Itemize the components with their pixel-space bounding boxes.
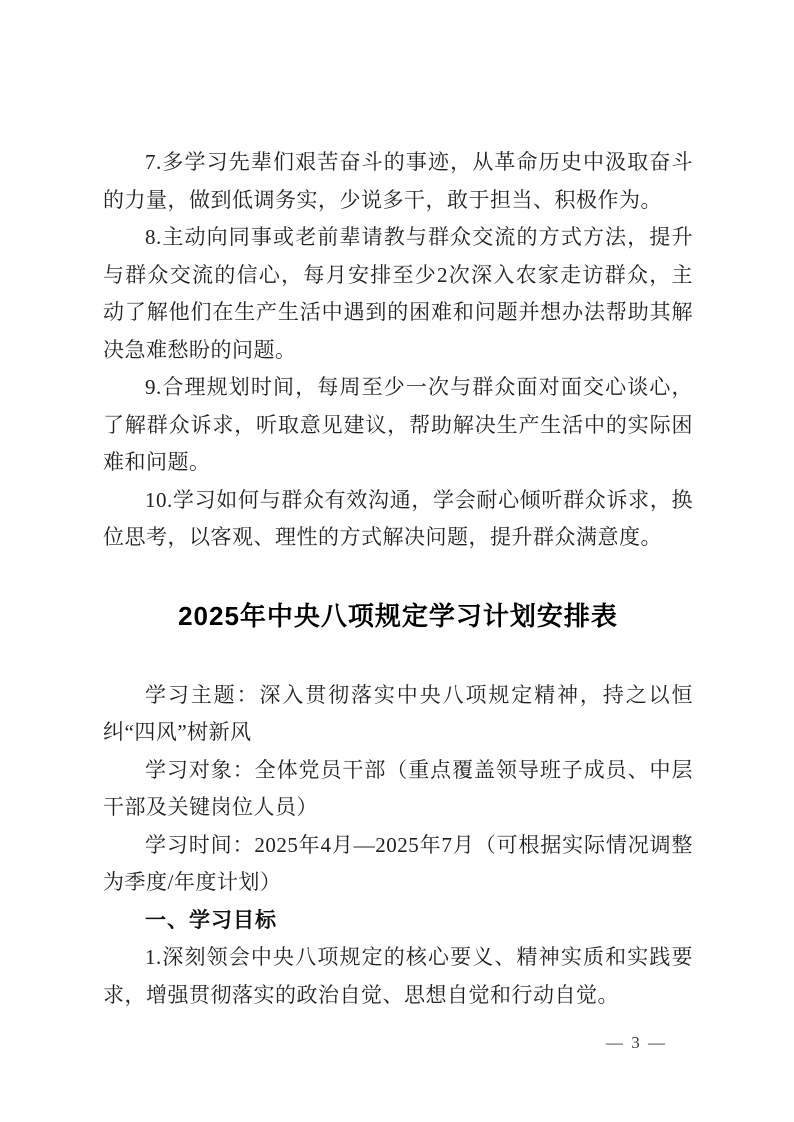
document-page: 7.多学习先辈们艰苦奋斗的事迹，从革命历史中汲取奋斗的力量，做到低调务实，少说多… [0,0,794,1122]
study-time-line: 学习时间：2025年4月—2025年7月（可根据实际情况调整为季度/年度计划） [103,827,693,902]
paragraph-item-7: 7.多学习先辈们艰苦奋斗的事迹，从革命历史中汲取奋斗的力量，做到低调务实，少说多… [103,144,693,219]
section-title: 2025年中央八项规定学习计划安排表 [103,596,693,636]
heading-study-goals: 一、学习目标 [103,902,693,940]
paragraph-item-10: 10.学习如何与群众有效沟通，学会耐心倾听群众诉求，换位思考，以客观、理性的方式… [103,482,693,557]
page-number: — 3 — [606,1031,667,1055]
paragraph-item-9: 9.合理规划时间，每周至少一次与群众面对面交心谈心，了解群众诉求，听取意见建议，… [103,369,693,482]
study-theme-line: 学习主题：深入贯彻落实中央八项规定精神，持之以恒纠“四风”树新风 [103,677,693,752]
study-audience-line: 学习对象：全体党员干部（重点覆盖领导班子成员、中层干部及关键岗位人员） [103,752,693,827]
page-content: 7.多学习先辈们艰苦奋斗的事迹，从革命历史中汲取奋斗的力量，做到低调务实，少说多… [103,0,693,1014]
goal-paragraph-1: 1.深刻领会中央八项规定的核心要义、精神实质和实践要求，增强贯彻落实的政治自觉、… [103,939,693,1014]
paragraph-item-8: 8.主动向同事或老前辈请教与群众交流的方式方法，提升与群众交流的信心，每月安排至… [103,219,693,369]
